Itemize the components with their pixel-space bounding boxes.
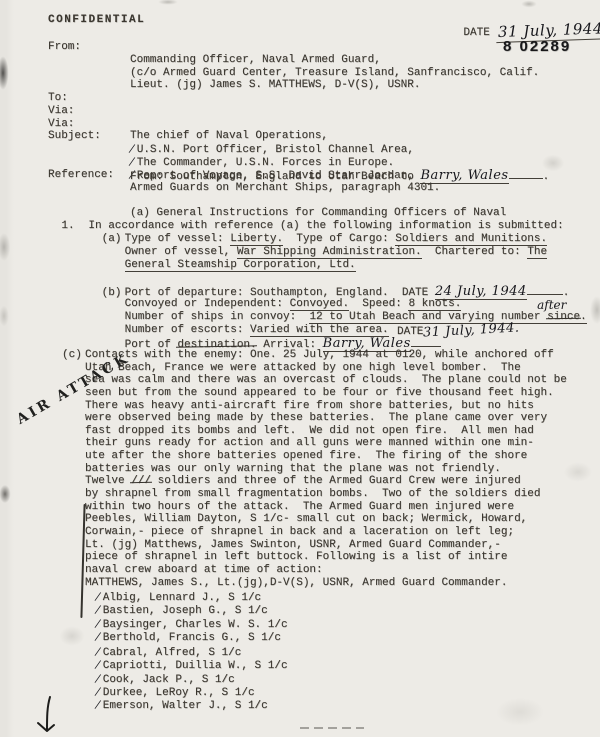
chartered-label: Chartered to:: [422, 246, 528, 258]
section-c-text: naval crew aboard at time of action:: [85, 564, 323, 576]
arrival-date-label: DATE: [397, 326, 423, 338]
crew-name: Albig, Lennard J., S 1/c: [103, 592, 261, 604]
section-c-text: ute after the shore batteries opened fir…: [85, 450, 527, 462]
crew-name: Cabral, Alfred, S 1/c: [103, 647, 242, 659]
reference-label: Reference:: [48, 169, 114, 182]
speed-label: Speed:: [349, 298, 408, 310]
paragraph-1: 1.In accordance with reference (a) the f…: [35, 207, 564, 220]
scanned-document-page: CONFIDENTIAL DATE 31 July, 1944 8 02289 …: [0, 0, 600, 737]
section-c-text: within two hours of the attack. The Arme…: [85, 501, 514, 513]
section-c-text: There was heavy anti-aircraft fire from …: [85, 400, 534, 412]
convoyed-label: Convoyed or Independent:: [125, 298, 290, 310]
from-line-1: Lieut. (jg) James S. MATTHEWS, D-V(S), U…: [130, 79, 539, 92]
check-mark: /: [95, 603, 101, 617]
down-arrow-mark: [33, 695, 63, 737]
crew-name: Emerson, Walter J., S 1/c: [103, 700, 268, 712]
section-c-line: were observed being made by these batter…: [62, 412, 567, 425]
check-mark: /: [95, 590, 101, 604]
section-c-text: seen but from the sound appeared to be f…: [85, 387, 554, 399]
section-c-text: Utah Beach, France we were attacked by o…: [85, 362, 521, 374]
to-row: To: The chief of Naval Operations,: [48, 92, 549, 105]
ships-in-convoy-value: 12 to Utah Beach and varying number sinc…: [309, 311, 586, 324]
from-block: From: Lieut. (jg) James S. MATTHEWS, D-V…: [48, 41, 539, 79]
routing-block: To: The chief of Naval Operations, Via: …: [48, 92, 549, 156]
check-mark: /: [95, 645, 101, 659]
check-mark: /: [95, 685, 101, 699]
section-c-text: Peebles, William Dayton, S 1/c- small cu…: [85, 513, 527, 525]
crew-row: /Bastien, Joseph G., S 1/c: [96, 603, 288, 616]
section-c-text: sea was calm and there was an overcast o…: [85, 374, 567, 386]
section-c-line-twelve: Twelve /// soldiers and three of the Arm…: [62, 475, 567, 488]
check-mark: /: [95, 658, 101, 672]
owner-label: Owner of vessel,: [125, 246, 237, 258]
classification-marking: CONFIDENTIAL: [48, 14, 145, 26]
section-c-line: (c)Contacts with the enemy: One. 25 July…: [62, 349, 567, 362]
section-c-line: seen but from the sound appeared to be f…: [62, 387, 567, 400]
crew-name: Capriotti, Duillia W., S 1/c: [103, 660, 288, 672]
section-b-line-5: Port of destination. Arrival: Barry, Wal…: [62, 324, 587, 337]
crew-name: Durkee, LeRoy R., S 1/c: [103, 687, 255, 699]
section-b-line-1: (b)Port of departure: Southampton, Engla…: [62, 272, 587, 285]
blank-underline: [509, 169, 543, 179]
struck-out-word: ///: [131, 475, 151, 488]
crew-row: /Baysinger, Charles W. S. 1/c: [96, 617, 288, 630]
section-c-text: piece of shrapnel in left buttock. Follo…: [85, 551, 507, 563]
from-row: (c/o Armed Guard Center, Treasure Island…: [48, 67, 539, 80]
check-mark: /: [95, 671, 101, 685]
reference-block: Reference: (a) General Instructions for …: [48, 169, 506, 195]
section-c-line: batteries was our only warning that the …: [62, 463, 567, 476]
scan-artifact-dashes: [300, 727, 364, 729]
subject-label: Subject:: [48, 130, 101, 143]
check-mark: /: [95, 616, 101, 630]
blank-underline: [527, 285, 563, 295]
crew-row: /Cook, Jack P., S 1/c: [96, 672, 288, 685]
subject-row-2: From: Southampton, England to Utah Beach…: [48, 143, 549, 156]
crew-list: /Albig, Lennard J., S 1/c /Bastien, Jose…: [96, 590, 288, 711]
via-label: Via:: [48, 105, 74, 118]
cargo-label: Type of Cargo:: [283, 233, 395, 245]
date-label: DATE: [463, 27, 489, 39]
from-line-2: Commanding Officer, Naval Armed Guard,: [130, 54, 539, 67]
subject-row: Subject: /Report of Voyage, S.S. David S…: [48, 130, 549, 143]
crew-row: /Cabral, Alfred, S 1/c: [96, 645, 288, 658]
arrival-date-group: DATE31 July, 1944.: [397, 324, 520, 339]
section-a-tag: (a): [102, 233, 125, 246]
crew-row: /Berthold, Francis G., S 1/c: [96, 630, 288, 643]
reference-row: Reference: (a) General Instructions for …: [48, 169, 506, 182]
section-c-line: Utah Beach, France we were attacked by o…: [62, 362, 567, 375]
section-c-line: There was heavy anti-aircraft fire from …: [62, 400, 567, 413]
struck-word-since: sinceafter: [547, 311, 580, 324]
section-c-line: Corwain,- piece of shrapnel in back and …: [62, 526, 567, 539]
section-a-line-1: (a)Type of vessel: Liberty. Type of Carg…: [62, 220, 547, 233]
via-label: Via:: [48, 118, 74, 131]
line-period: .: [580, 311, 587, 323]
reference-line-2: Armed Guards on Merchant Ships, paragrap…: [130, 182, 506, 195]
owner-value: War Shipping Administration.: [237, 246, 422, 259]
section-c-line: fast dropped its bombs and left. We did …: [62, 425, 567, 438]
section-b: (b)Port of departure: Southampton, Engla…: [62, 272, 587, 337]
via-row: Via: /The Commander, U.S.N. Forces in Eu…: [48, 118, 549, 131]
from-row: From: Lieut. (jg) James S. MATTHEWS, D-V…: [48, 41, 539, 54]
section-c-text: their guns ready for action and all guns…: [85, 437, 534, 449]
section-c-line: sea was calm and there was an overcast o…: [62, 374, 567, 387]
section-c-text: Twelve: [85, 475, 131, 487]
from-label: From:: [48, 41, 81, 54]
crew-row: /Durkee, LeRoy R., S 1/c: [96, 685, 288, 698]
section-c-text: were observed being made by these batter…: [85, 412, 547, 424]
section-c-line: Peebles, William Dayton, S 1/c- small cu…: [62, 513, 567, 526]
vessel-type-label: Type of vessel:: [125, 233, 231, 245]
crew-row: /Capriotti, Duillia W., S 1/c: [96, 658, 288, 671]
vessel-type-value: Liberty.: [230, 233, 283, 246]
speed-value: 8 knots.: [408, 298, 461, 311]
handwritten-correction-after: after: [537, 299, 566, 312]
section-c-tag: (c): [62, 349, 85, 362]
section-c-line: their guns ready for action and all guns…: [62, 437, 567, 450]
section-c-text: MATTHEWS, James S., Lt.(jg),D-V(S), USNR…: [85, 577, 507, 589]
down-arrow-icon: [33, 695, 63, 737]
section-c-text: by shrapnel from small fragmentation bom…: [85, 488, 540, 500]
crew-name: Bastien, Joseph G., S 1/c: [103, 605, 268, 617]
from-line-3: (c/o Armed Guard Center, Treasure Island…: [130, 67, 539, 80]
section-a: (a)Type of vessel: Liberty. Type of Carg…: [62, 220, 547, 259]
section-c: (c)Contacts with the enemy: One. 25 July…: [62, 349, 567, 589]
section-c-line: by shrapnel from small fragmentation bom…: [62, 488, 567, 501]
section-c-text: Corwain,- piece of shrapnel in back and …: [85, 526, 514, 538]
section-c-line: Lt. (jg) Matthews, James Swinton, USNR, …: [62, 539, 567, 552]
crew-name: Berthold, Francis G., S 1/c: [103, 632, 281, 644]
via-row: Via: /U.S.N. Port Officer, Bristol Chann…: [48, 105, 549, 118]
section-c-text: Lt. (jg) Matthews, James Swinton, USNR, …: [85, 539, 501, 551]
crew-name: Cook, Jack P., S 1/c: [103, 674, 235, 686]
crew-row: /Albig, Lennard J., S 1/c: [96, 590, 288, 603]
chartered-value-1: The: [527, 246, 547, 259]
section-c-text: soldiers and three of the Armed Guard Cr…: [151, 475, 521, 487]
section-c-line: piece of shrapnel in left buttock. Follo…: [62, 551, 567, 564]
section-c-text: batteries was our only warning that the …: [85, 463, 501, 475]
cargo-value: Soldiers and Munitions.: [395, 233, 547, 246]
handwritten-arrival-date: 31 July, 1944.: [423, 321, 520, 339]
check-mark: /: [95, 630, 101, 644]
subject2-period: .: [543, 171, 550, 183]
check-mark: /: [95, 698, 101, 712]
section-c-line: ute after the shore batteries opened fir…: [62, 450, 567, 463]
crew-row: /Emerson, Walter J., S 1/c: [96, 698, 288, 711]
from-row: Commanding Officer, Naval Armed Guard,: [48, 54, 539, 67]
section-c-text: fast dropped its bombs and left. We did …: [85, 425, 534, 437]
crew-commander-line: MATTHEWS, James S., Lt.(jg),D-V(S), USNR…: [62, 577, 567, 590]
to-label: To:: [48, 92, 68, 105]
reference-row: Armed Guards on Merchant Ships, paragrap…: [48, 182, 506, 195]
chartered-value-2: General Steamship Corporation, Ltd.: [125, 259, 356, 272]
section-c-line: within two hours of the attack. The Arme…: [62, 501, 567, 514]
section-c-text: Contacts with the enemy: One. 25 July, 1…: [85, 349, 554, 361]
section-c-line: naval crew aboard at time of action:: [62, 564, 567, 577]
convoyed-value: Convoyed.: [290, 298, 349, 311]
crew-name: Baysinger, Charles W. S. 1/c: [103, 619, 288, 631]
ships-in-convoy-label: Number of ships in convoy:: [125, 311, 310, 323]
